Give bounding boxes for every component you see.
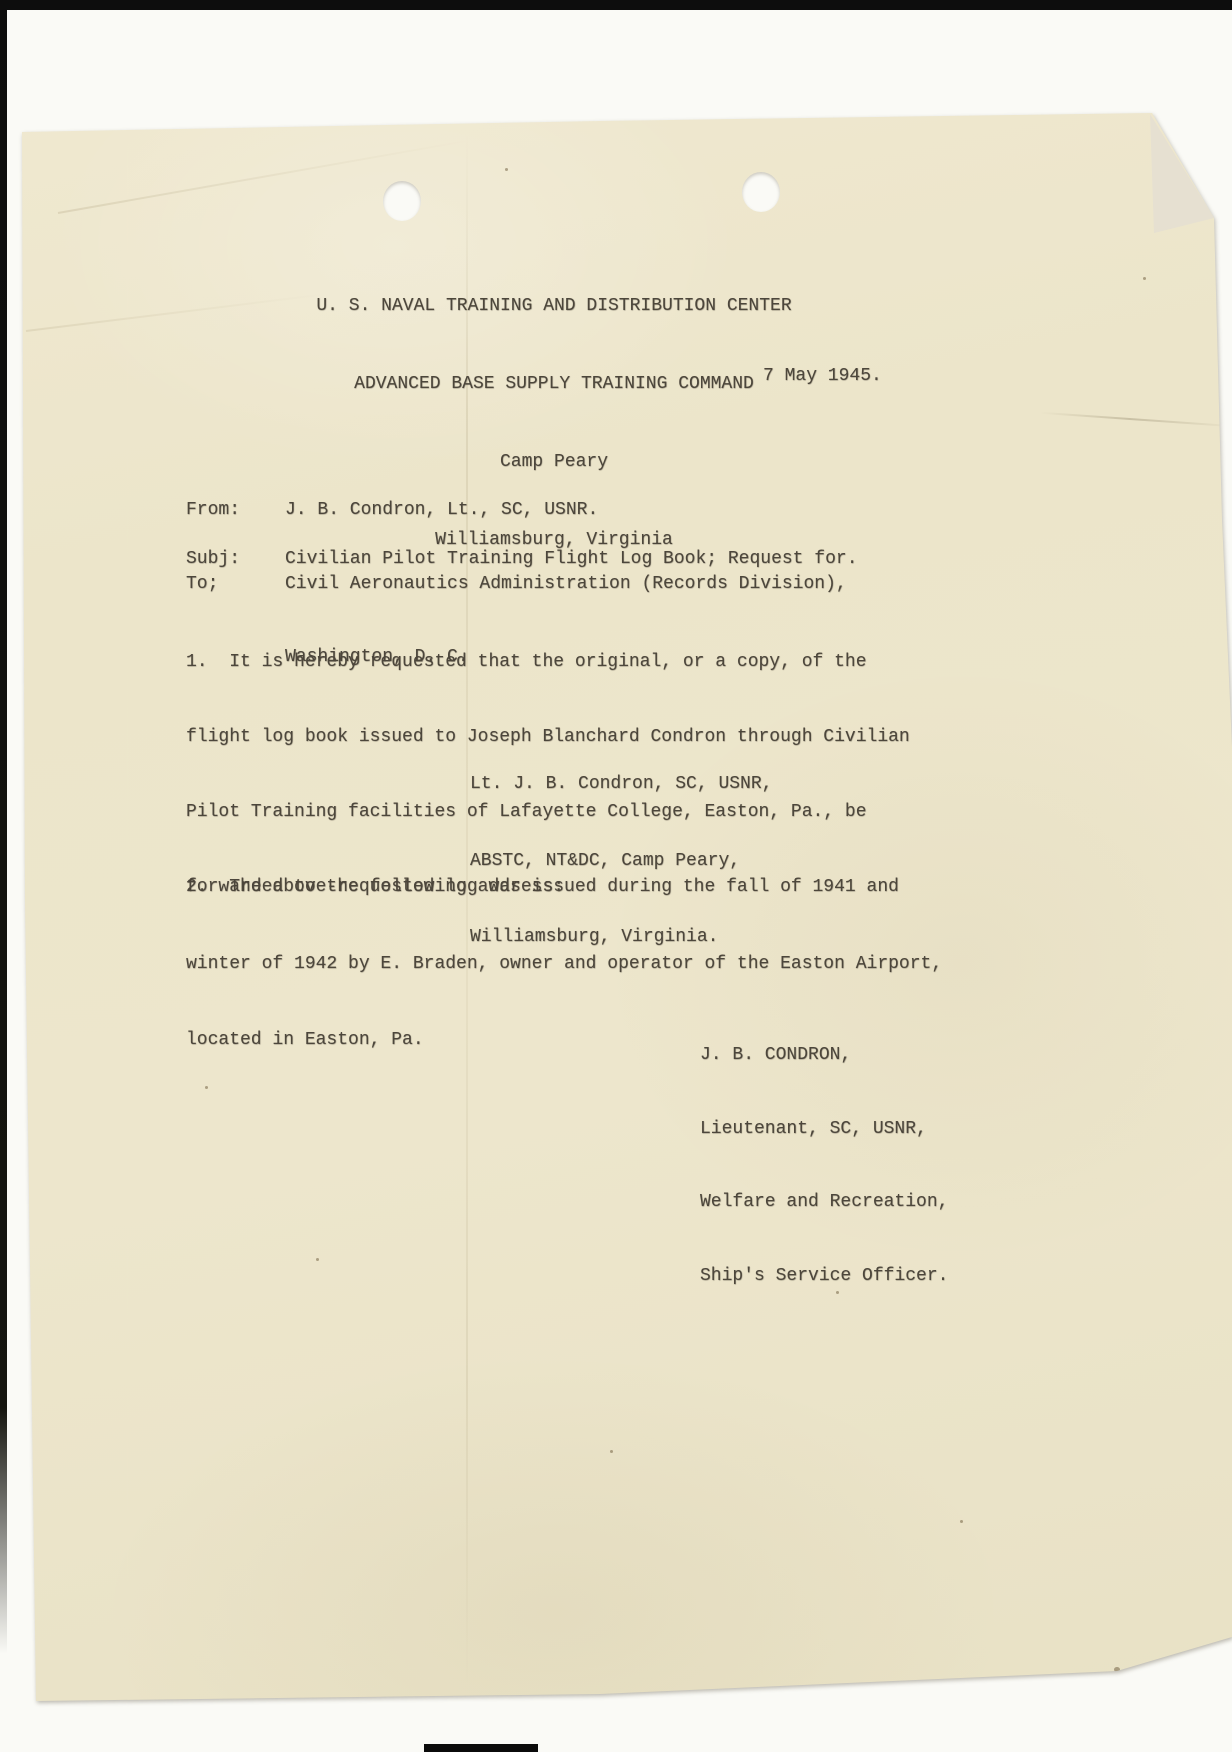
signature-block: J. B. CONDRON, Lieutenant, SC, USNR, Wel…: [700, 994, 948, 1337]
subject-label: Subj:: [186, 549, 285, 569]
date-line: 7 May 1945.: [763, 366, 882, 386]
scan-page: U. S. NAVAL TRAINING AND DISTRIBUTION CE…: [0, 0, 1232, 1752]
paragraph-2-line: 2. The above-requested log was issued du…: [186, 875, 942, 901]
letterhead-line-2: ADVANCED BASE SUPPLY TRAINING COMMAND: [0, 371, 1108, 397]
signature-line: Welfare and Recreation,: [700, 1190, 948, 1215]
paragraph-1-line: 1. It is hereby requested that the origi…: [186, 650, 910, 675]
letter-body: U. S. NAVAL TRAINING AND DISTRIBUTION CE…: [0, 0, 1232, 1752]
paper-surface: U. S. NAVAL TRAINING AND DISTRIBUTION CE…: [0, 0, 1232, 1752]
signature-line: Lieutenant, SC, USNR,: [700, 1117, 948, 1142]
from-row: From:J. B. Condron, Lt., SC, USNR.: [186, 498, 847, 523]
subject-row: Subj:Civilian Pilot Training Flight Log …: [186, 549, 858, 569]
forwarding-address-line: Lt. J. B. Condron, SC, USNR,: [470, 772, 772, 798]
paragraph-2-line: winter of 1942 by E. Braden, owner and o…: [186, 952, 942, 978]
from-label: From:: [186, 498, 285, 523]
to-value: Civil Aeronautics Administration (Record…: [285, 574, 847, 594]
paper-sheet: U. S. NAVAL TRAINING AND DISTRIBUTION CE…: [0, 0, 1232, 1752]
from-value: J. B. Condron, Lt., SC, USNR.: [285, 500, 598, 520]
subject-value: Civilian Pilot Training Flight Log Book;…: [285, 549, 858, 569]
signature-line: J. B. CONDRON,: [700, 1043, 948, 1068]
to-label: To;: [186, 572, 285, 597]
to-row: To;Civil Aeronautics Administration (Rec…: [186, 572, 847, 597]
letterhead-line-1: U. S. NAVAL TRAINING AND DISTRIBUTION CE…: [0, 293, 1108, 319]
signature-line: Ship's Service Officer.: [700, 1264, 948, 1289]
